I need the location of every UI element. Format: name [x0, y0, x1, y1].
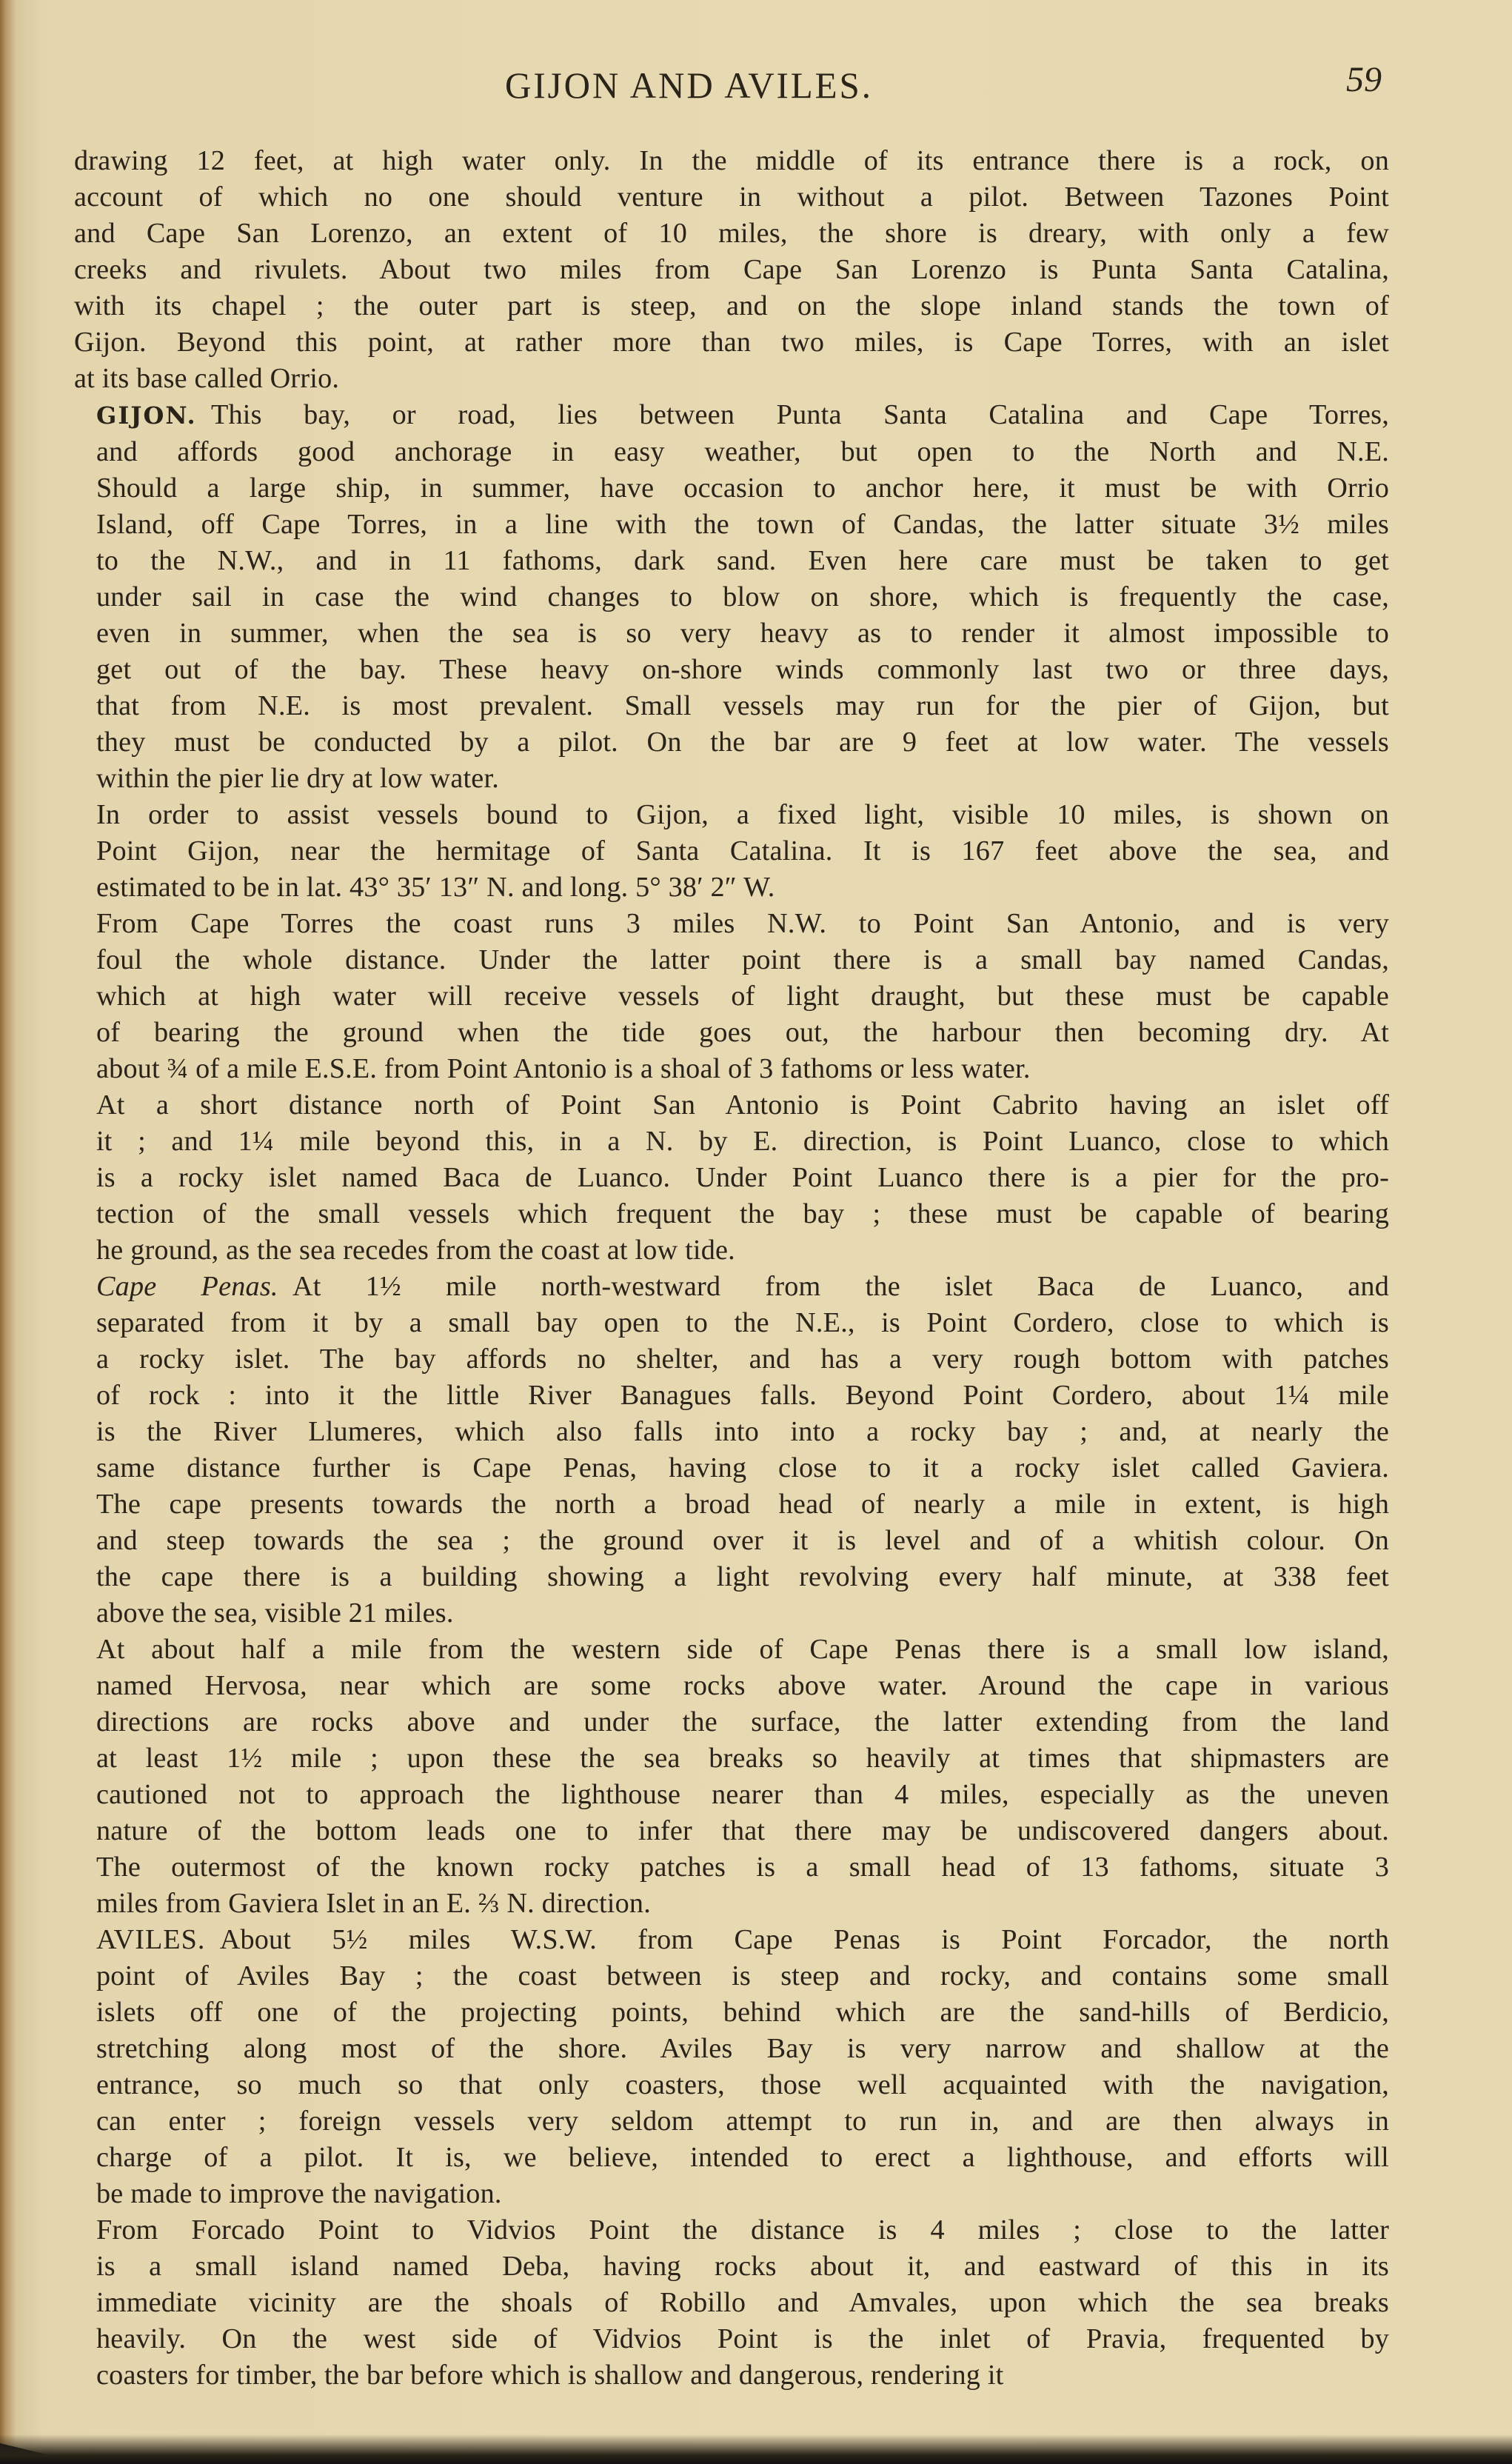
- text-line: to the N.W., and in 11 fathoms, dark san…: [74, 543, 1389, 579]
- book-page: GIJON AND AVILES. 59 drawing 12 feet, at…: [0, 0, 1512, 2464]
- text-line: creeks and rivulets. About two miles fro…: [74, 252, 1389, 288]
- line-text: cautioned not to approach the lighthouse…: [96, 1779, 1389, 1810]
- line-text: islets off one of the projecting points,…: [96, 1997, 1389, 2028]
- line-text: creeks and rivulets. About two miles fro…: [74, 254, 1389, 285]
- line-text: immediate vicinity are the shoals of Rob…: [96, 2287, 1389, 2318]
- line-text: it ; and 1¼ mile beyond this, in a N. by…: [96, 1126, 1389, 1157]
- page-number: 59: [1346, 59, 1382, 100]
- line-text: get out of the bay. These heavy on-shore…: [96, 654, 1389, 685]
- text-line: GIJON. This bay, or road, lies between P…: [74, 397, 1389, 434]
- text-line: about ¾ of a mile E.S.E. from Point Anto…: [74, 1051, 1389, 1087]
- paragraph: In order to assist vessels bound to Gijo…: [74, 797, 1389, 906]
- line-text: at least 1½ mile ; upon these the sea br…: [96, 1743, 1389, 1774]
- text-line: Point Gijon, near the hermitage of Santa…: [74, 833, 1389, 869]
- running-title: GIJON AND AVILES.: [505, 64, 873, 107]
- text-line: a rocky islet. The bay affords no shelte…: [74, 1341, 1389, 1378]
- text-line: even in summer, when the sea is so very …: [74, 615, 1389, 652]
- line-text: the cape there is a building showing a l…: [96, 1561, 1389, 1592]
- text-line: same distance further is Cape Penas, hav…: [74, 1450, 1389, 1486]
- paragraph: GIJON. This bay, or road, lies between P…: [74, 397, 1389, 797]
- paragraph: Cape Penas. At 1½ mile north-westward fr…: [74, 1269, 1389, 1632]
- text-line: get out of the bay. These heavy on-shore…: [74, 652, 1389, 688]
- text-line: and steep towards the sea ; the ground o…: [74, 1523, 1389, 1559]
- line-text: Should a large ship, in summer, have occ…: [96, 473, 1389, 504]
- line-text: From Cape Torres the coast runs 3 miles …: [96, 908, 1389, 939]
- line-text: In order to assist vessels bound to Gijo…: [96, 799, 1389, 830]
- text-line: of bearing the ground when the tide goes…: [74, 1015, 1389, 1051]
- text-line: entrance, so much so that only coasters,…: [74, 2067, 1389, 2103]
- line-text: with its chapel ; the outer part is stee…: [74, 290, 1389, 321]
- line-text: is a rocky islet named Baca de Luanco. U…: [96, 1162, 1389, 1193]
- body-text: drawing 12 feet, at high water only. In …: [74, 143, 1389, 2394]
- line-text: estimated to be in lat. 43° 35′ 13″ N. a…: [96, 872, 775, 903]
- text-line: is a small island named Deba, having roc…: [74, 2248, 1389, 2285]
- text-line: separated from it by a small bay open to…: [74, 1305, 1389, 1341]
- text-line: with its chapel ; the outer part is stee…: [74, 288, 1389, 324]
- text-line: account of which no one should venture i…: [74, 179, 1389, 216]
- paragraph: drawing 12 feet, at high water only. In …: [74, 143, 1389, 397]
- line-text: that from N.E. is most prevalent. Small …: [96, 690, 1389, 721]
- text-line: AVILES. About 5½ miles W.S.W. from Cape …: [74, 1922, 1389, 1958]
- line-text: about ¾ of a mile E.S.E. from Point Anto…: [96, 1053, 1031, 1084]
- line-text: can enter ; foreign vessels very seldom …: [96, 2106, 1389, 2137]
- text-line: At a short distance north of Point San A…: [74, 1087, 1389, 1124]
- paragraph: At about half a mile from the western si…: [74, 1632, 1389, 1922]
- line-text: account of which no one should venture i…: [74, 181, 1389, 213]
- line-text: within the pier lie dry at low water.: [96, 763, 499, 794]
- paragraph: AVILES. About 5½ miles W.S.W. from Cape …: [74, 1922, 1389, 2212]
- section-sidehead: Cape Penas.: [96, 1271, 278, 1302]
- text-line: the cape there is a building showing a l…: [74, 1559, 1389, 1595]
- text-line: that from N.E. is most prevalent. Small …: [74, 688, 1389, 724]
- line-text: and affords good anchorage in easy weath…: [96, 436, 1389, 467]
- line-text: even in summer, when the sea is so very …: [96, 618, 1389, 649]
- line-text: About 5½ miles W.S.W. from Cape Penas is…: [220, 1924, 1389, 1955]
- text-line: under sail in case the wind changes to b…: [74, 579, 1389, 615]
- line-text: a rocky islet. The bay affords no shelte…: [96, 1343, 1389, 1375]
- text-line: Cape Penas. At 1½ mile north-westward fr…: [74, 1269, 1389, 1305]
- line-text: and Cape San Lorenzo, an extent of 10 mi…: [74, 218, 1389, 249]
- line-text: drawing 12 feet, at high water only. In …: [74, 145, 1389, 176]
- text-line: The outermost of the known rocky patches…: [74, 1849, 1389, 1886]
- line-text: The outermost of the known rocky patches…: [96, 1852, 1389, 1883]
- line-text: From Forcado Point to Vidvios Point the …: [96, 2214, 1389, 2246]
- text-line: point of Aviles Bay ; the coast between …: [74, 1958, 1389, 1994]
- line-text: coasters for timber, the bar before whic…: [96, 2360, 1003, 2391]
- text-line: coasters for timber, the bar before whic…: [74, 2357, 1389, 2394]
- line-text: he ground, as the sea recedes from the c…: [96, 1235, 735, 1266]
- line-text: same distance further is Cape Penas, hav…: [96, 1452, 1389, 1483]
- section-sidehead: GIJON.: [96, 401, 197, 430]
- text-line: The cape presents towards the north a br…: [74, 1486, 1389, 1523]
- line-text: The cape presents towards the north a br…: [96, 1489, 1389, 1520]
- text-line: tection of the small vessels which frequ…: [74, 1196, 1389, 1232]
- line-text: stretching along most of the shore. Avil…: [96, 2033, 1389, 2064]
- line-text: At about half a mile from the western si…: [96, 1634, 1389, 1665]
- line-text: above the sea, visible 21 miles.: [96, 1597, 454, 1629]
- line-text: directions are rocks above and under the…: [96, 1706, 1389, 1737]
- paragraph: At a short distance north of Point San A…: [74, 1087, 1389, 1269]
- line-text: charge of a pilot. It is, we believe, in…: [96, 2142, 1389, 2173]
- text-line: directions are rocks above and under the…: [74, 1704, 1389, 1740]
- paragraph: From Forcado Point to Vidvios Point the …: [74, 2212, 1389, 2394]
- text-line: Gijon. Beyond this point, at rather more…: [74, 324, 1389, 361]
- line-text: and steep towards the sea ; the ground o…: [96, 1525, 1389, 1556]
- line-text: which at high water will receive vessels…: [96, 981, 1389, 1012]
- line-text: miles from Gaviera Islet in an E. ⅔ N. d…: [96, 1888, 651, 1919]
- text-line: foul the whole distance. Under the latte…: [74, 942, 1389, 978]
- text-line: miles from Gaviera Islet in an E. ⅔ N. d…: [74, 1886, 1389, 1922]
- text-line: above the sea, visible 21 miles.: [74, 1595, 1389, 1632]
- text-line: From Forcado Point to Vidvios Point the …: [74, 2212, 1389, 2248]
- text-line: heavily. On the west side of Vidvios Poi…: [74, 2321, 1389, 2357]
- text-line: be made to improve the navigation.: [74, 2176, 1389, 2212]
- line-text: be made to improve the navigation.: [96, 2178, 502, 2209]
- text-line: islets off one of the projecting points,…: [74, 1994, 1389, 2031]
- line-text: at its base called Orrio.: [74, 363, 339, 394]
- text-line: which at high water will receive vessels…: [74, 978, 1389, 1015]
- line-text: tection of the small vessels which frequ…: [96, 1198, 1389, 1229]
- line-text: to the N.W., and in 11 fathoms, dark san…: [96, 545, 1389, 576]
- line-text: nature of the bottom leads one to infer …: [96, 1815, 1389, 1846]
- text-line: In order to assist vessels bound to Gijo…: [74, 797, 1389, 833]
- text-line: estimated to be in lat. 43° 35′ 13″ N. a…: [74, 869, 1389, 906]
- text-line: it ; and 1¼ mile beyond this, in a N. by…: [74, 1124, 1389, 1160]
- text-line: can enter ; foreign vessels very seldom …: [74, 2103, 1389, 2140]
- text-line: Island, off Cape Torres, in a line with …: [74, 507, 1389, 543]
- text-line: immediate vicinity are the shoals of Rob…: [74, 2285, 1389, 2321]
- line-text: Gijon. Beyond this point, at rather more…: [74, 327, 1389, 358]
- line-text: This bay, or road, lies between Punta Sa…: [211, 399, 1389, 430]
- text-line: is a rocky islet named Baca de Luanco. U…: [74, 1160, 1389, 1196]
- line-text: At a short distance north of Point San A…: [96, 1089, 1389, 1121]
- running-head: GIJON AND AVILES. 59: [0, 58, 1512, 110]
- text-line: stretching along most of the shore. Avil…: [74, 2031, 1389, 2067]
- paragraph: From Cape Torres the coast runs 3 miles …: [74, 906, 1389, 1087]
- text-line: and affords good anchorage in easy weath…: [74, 434, 1389, 470]
- text-line: is the River Llumeres, which also falls …: [74, 1414, 1389, 1450]
- line-text: under sail in case the wind changes to b…: [96, 581, 1389, 612]
- line-text: separated from it by a small bay open to…: [96, 1307, 1389, 1338]
- line-text: At 1½ mile north-westward from the islet…: [292, 1271, 1389, 1302]
- line-text: Point Gijon, near the hermitage of Santa…: [96, 835, 1389, 867]
- line-text: heavily. On the west side of Vidvios Poi…: [96, 2323, 1389, 2354]
- text-line: drawing 12 feet, at high water only. In …: [74, 143, 1389, 179]
- text-line: named Hervosa, near which are some rocks…: [74, 1668, 1389, 1704]
- text-line: at least 1½ mile ; upon these the sea br…: [74, 1740, 1389, 1777]
- line-text: point of Aviles Bay ; the coast between …: [96, 1960, 1389, 1991]
- text-line: at its base called Orrio.: [74, 361, 1389, 397]
- line-text: is a small island named Deba, having roc…: [96, 2251, 1389, 2282]
- text-line: of rock : into it the little River Banag…: [74, 1378, 1389, 1414]
- line-text: foul the whole distance. Under the latte…: [96, 944, 1389, 975]
- text-line: charge of a pilot. It is, we believe, in…: [74, 2140, 1389, 2176]
- line-text: Island, off Cape Torres, in a line with …: [96, 509, 1389, 540]
- line-text: they must be conducted by a pilot. On th…: [96, 727, 1389, 758]
- text-line: At about half a mile from the western si…: [74, 1632, 1389, 1668]
- text-line: Should a large ship, in summer, have occ…: [74, 470, 1389, 507]
- text-line: cautioned not to approach the lighthouse…: [74, 1777, 1389, 1813]
- line-text: is the River Llumeres, which also falls …: [96, 1416, 1389, 1447]
- line-text: named Hervosa, near which are some rocks…: [96, 1670, 1389, 1701]
- text-line: nature of the bottom leads one to infer …: [74, 1813, 1389, 1849]
- text-line: they must be conducted by a pilot. On th…: [74, 724, 1389, 761]
- text-line: within the pier lie dry at low water.: [74, 761, 1389, 797]
- text-line: From Cape Torres the coast runs 3 miles …: [74, 906, 1389, 942]
- line-text: entrance, so much so that only coasters,…: [96, 2069, 1389, 2100]
- text-line: he ground, as the sea recedes from the c…: [74, 1232, 1389, 1269]
- page-bottom-edge: [0, 2443, 1512, 2464]
- section-sidehead: AVILES.: [96, 1924, 205, 1955]
- line-text: of rock : into it the little River Banag…: [96, 1380, 1389, 1411]
- line-text: of bearing the ground when the tide goes…: [96, 1017, 1389, 1048]
- text-line: and Cape San Lorenzo, an extent of 10 mi…: [74, 216, 1389, 252]
